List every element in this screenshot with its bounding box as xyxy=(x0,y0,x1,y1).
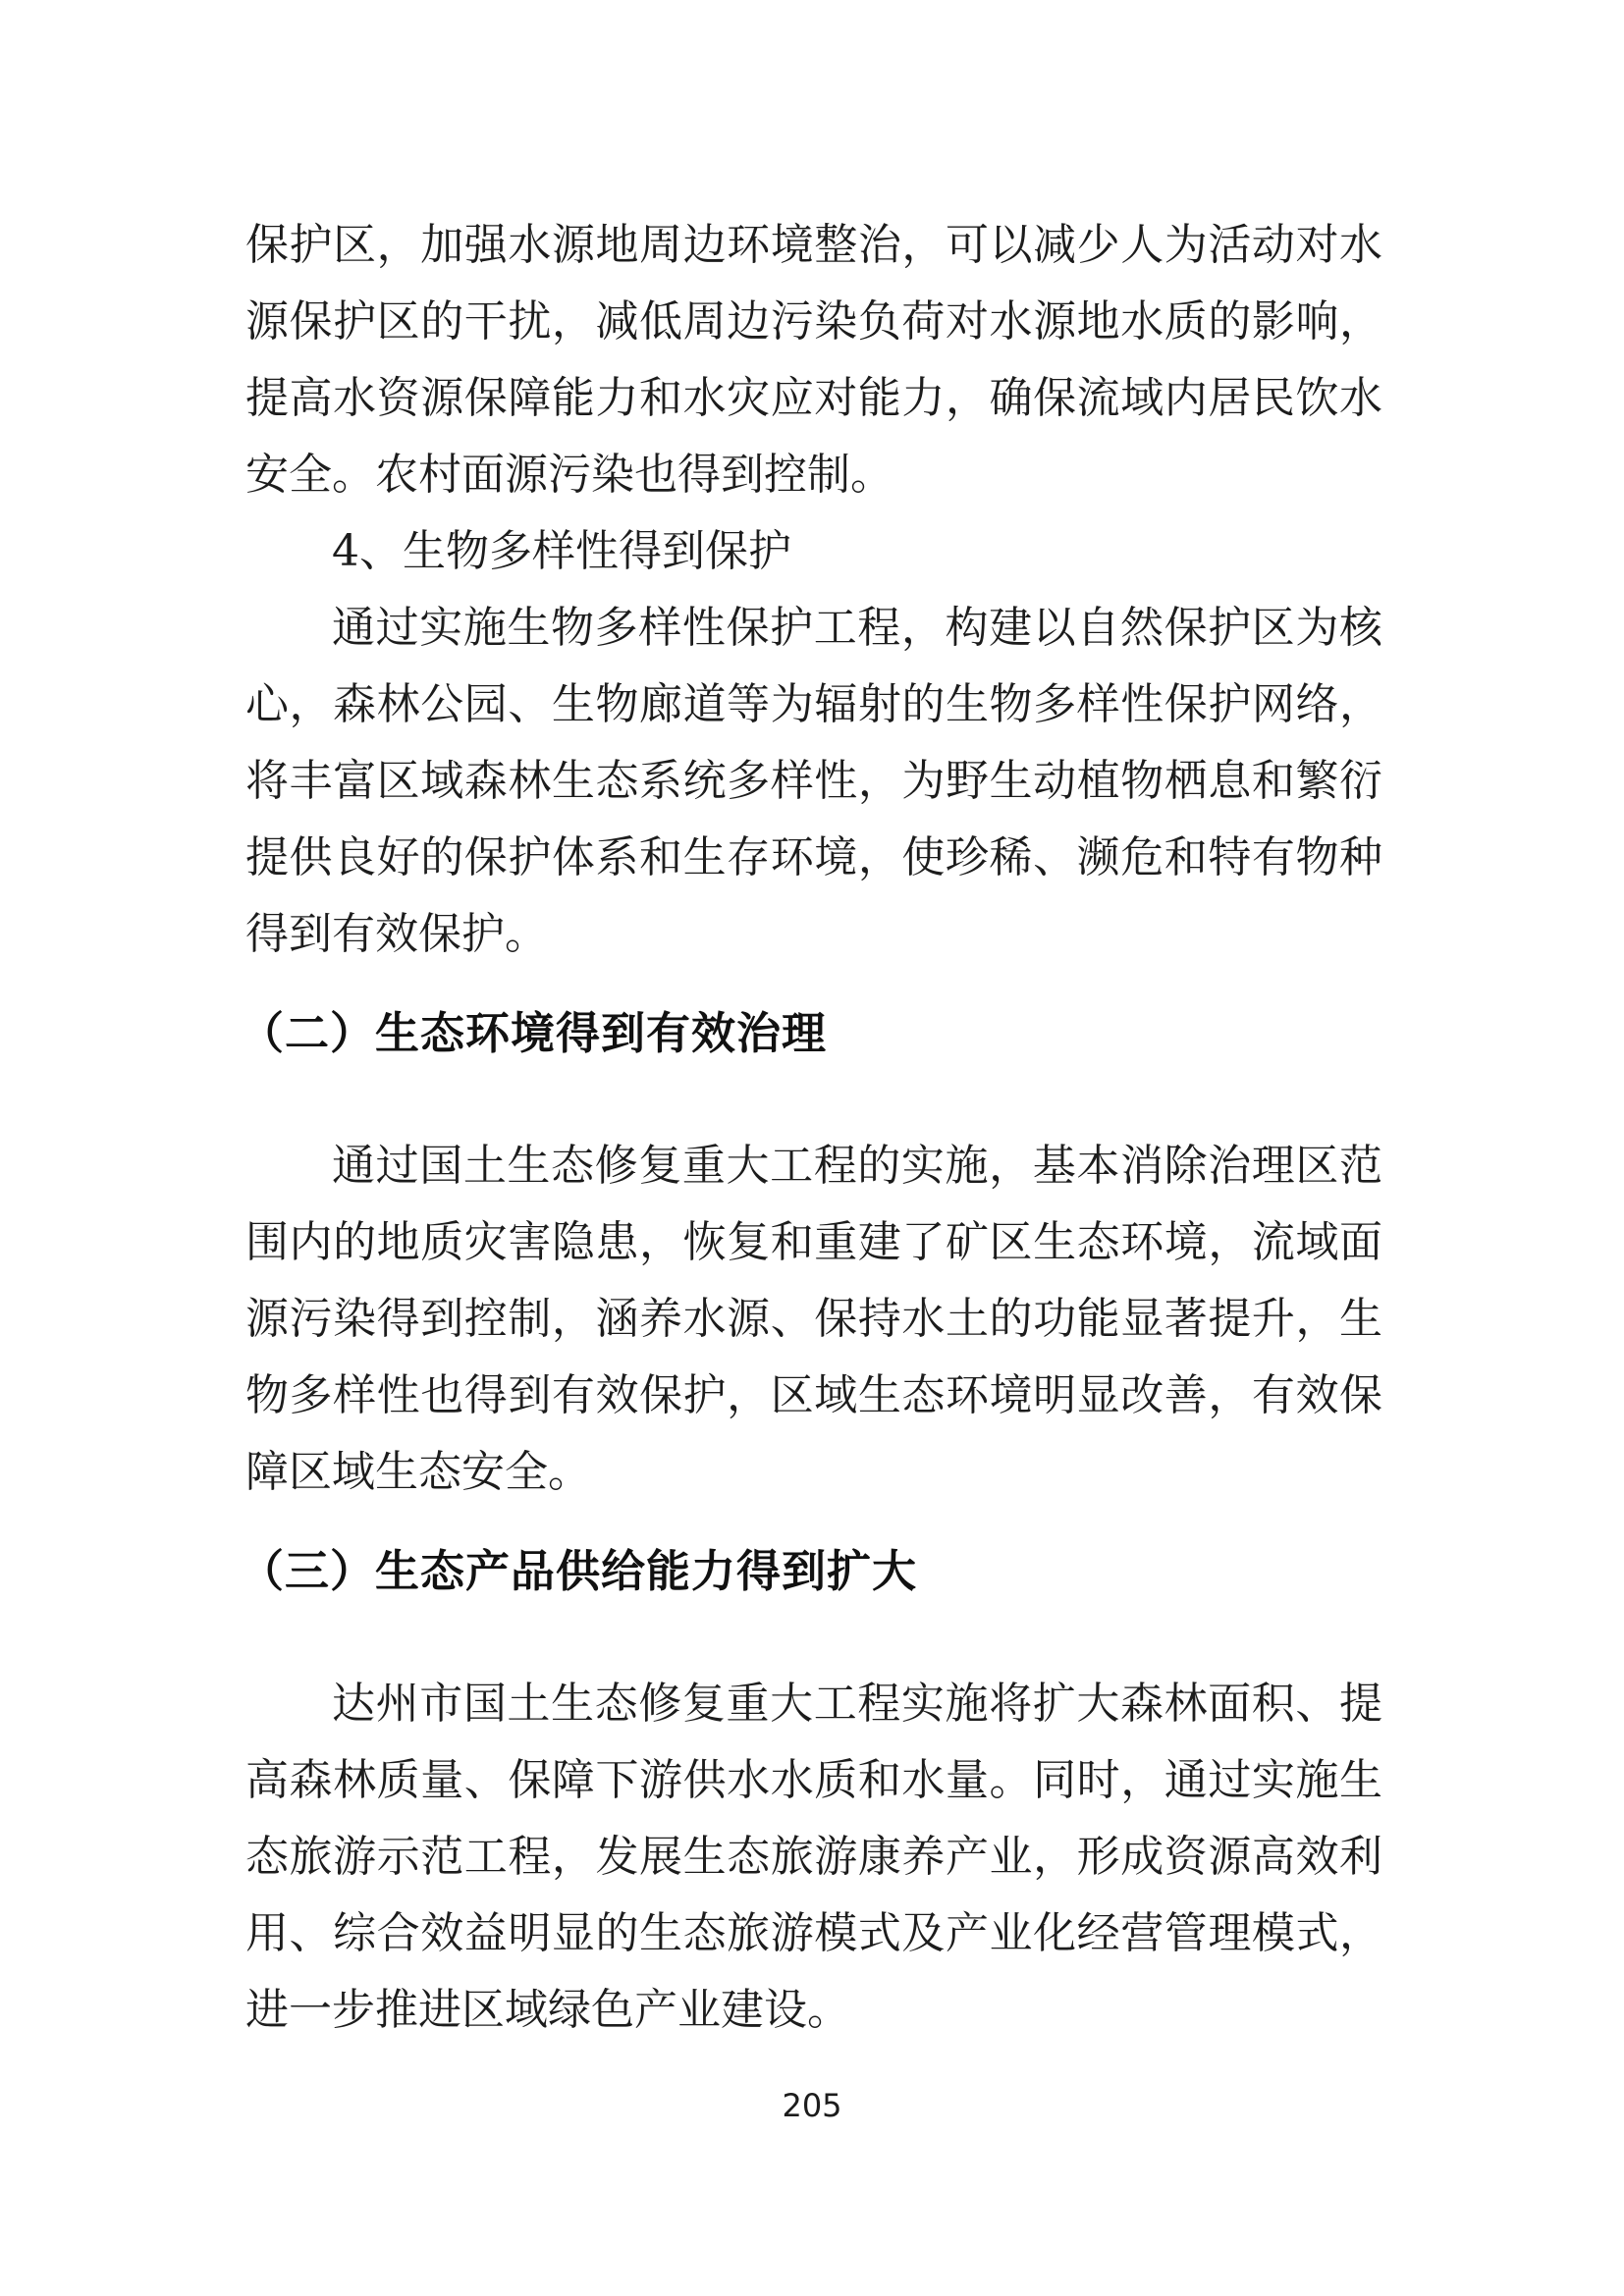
paragraph-environment-governance: 通过国土生态修复重大工程的实施，基本消除治理区范围内的地质灾害隐患，恢复和重建了… xyxy=(245,1128,1382,1511)
page-number: 205 xyxy=(0,2086,1624,2125)
section-heading-3-eco-product-supply: （三）生态产品供给能力得到扩大 xyxy=(240,1540,1382,1603)
paragraph-eco-product-supply: 达州市国土生态修复重大工程实施将扩大森林面积、提高森林质量、保障下游供水水质和水… xyxy=(245,1666,1382,2049)
section-heading-2-environment-governance: （二）生态环境得到有效治理 xyxy=(240,1002,1382,1065)
paragraph-biodiversity: 通过实施生物多样性保护工程，构建以自然保护区为核心，森林公园、生物廊道等为辐射的… xyxy=(245,590,1382,973)
paragraph-water-source-continuation: 保护区，加强水源地周边环境整治，可以减少人为活动对水源保护区的干扰，减低周边污染… xyxy=(245,207,1382,513)
subheading-item-4-biodiversity: 4、生物多样性得到保护 xyxy=(245,513,1382,590)
text-block: 保护区，加强水源地周边环境整治，可以减少人为活动对水源保护区的干扰，减低周边污染… xyxy=(245,207,1382,2049)
document-page: 保护区，加强水源地周边环境整治，可以减少人为活动对水源保护区的干扰，减低周边污染… xyxy=(0,0,1624,2296)
